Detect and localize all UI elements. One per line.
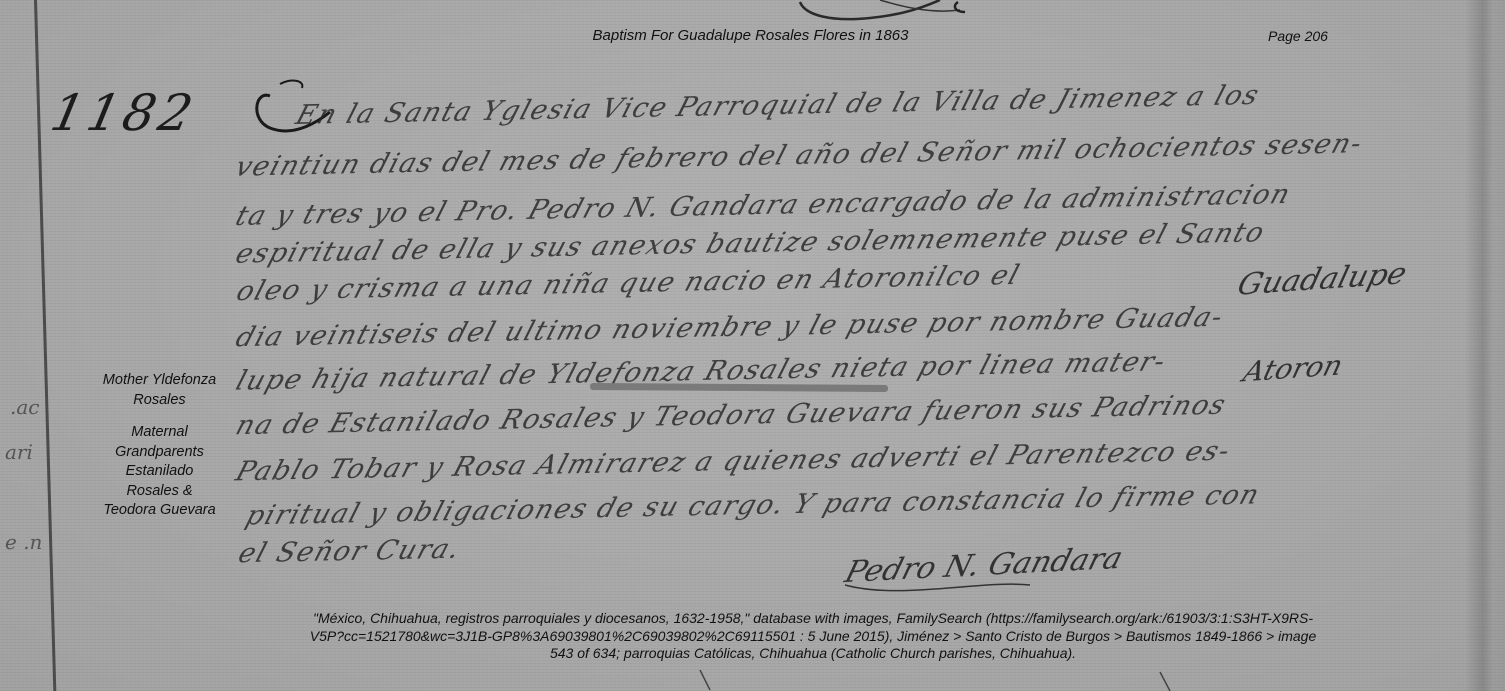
annotation-line: Maternal <box>72 423 247 443</box>
scanned-document-page: 1182 En la Santa Yglesia Vice Parroquial… <box>0 0 1505 691</box>
document-title-text: Baptism For Guadalupe Rosales Flores in … <box>593 27 909 44</box>
annotation-line: Rosales <box>72 391 247 411</box>
annotation-maternal-grandparents: Maternal Grandparents Estanilado Rosales… <box>72 423 247 521</box>
citation-line: 543 of 634; parroquias Católicas, Chihua… <box>278 645 1348 663</box>
citation-line: "México, Chihuahua, registros parroquial… <box>278 610 1348 628</box>
page-number: Page 206 <box>1268 27 1328 46</box>
cropped-margin-writing: .ac <box>10 395 39 419</box>
annotation-line: Mother Yldefonza <box>72 371 247 391</box>
annotation-line: Estanilado <box>72 462 247 482</box>
handwritten-line: el Señor Cura. <box>235 534 465 570</box>
cropped-margin-writing: e .n <box>5 530 42 554</box>
annotation-line: Grandparents <box>72 443 247 463</box>
annotation-mother: Mother Yldefonza Rosales <box>72 371 247 410</box>
record-number: 1182 <box>46 84 202 142</box>
cropped-margin-writing: ari <box>5 440 33 464</box>
annotation-line: Teodora Guevara <box>72 501 247 521</box>
source-citation: "México, Chihuahua, registros parroquial… <box>278 610 1348 663</box>
annotation-line: Rosales & <box>72 482 247 502</box>
citation-line: V5P?cc=1521780&wc=3J1B-GP8%3A69039801%2C… <box>278 628 1348 646</box>
